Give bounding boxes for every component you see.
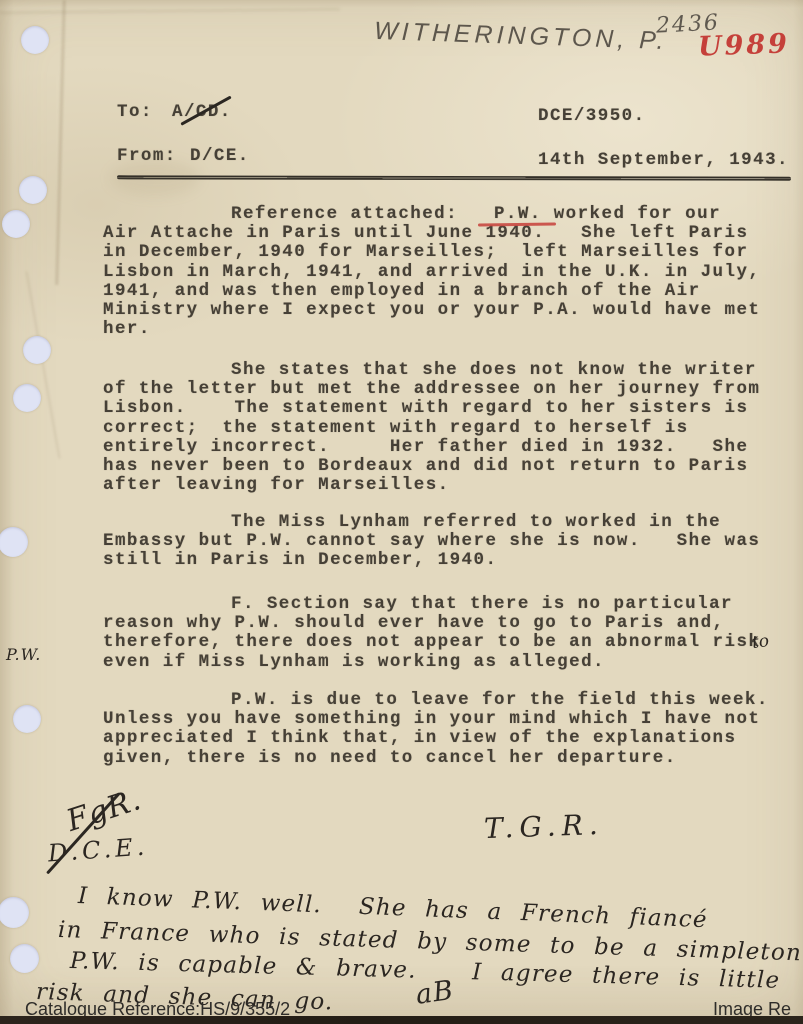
- punch-hole: [19, 176, 47, 204]
- punch-hole: [0, 527, 28, 557]
- paper-crease: [26, 271, 61, 458]
- punch-hole: [13, 705, 41, 733]
- from-label: From:: [117, 147, 177, 166]
- pencil-name-annotation: WITHERINGTON, P.: [374, 17, 668, 56]
- punch-hole: [23, 336, 51, 364]
- paper-crease: [0, 8, 340, 14]
- signature-initials: T.G.R.: [483, 808, 604, 845]
- handwritten-inserted-word: to: [751, 631, 771, 653]
- handwritten-note-initials: aB: [414, 975, 456, 1011]
- date: 14th September, 1943.: [538, 151, 789, 170]
- paragraph-1: Reference attached: P.W. worked for our …: [103, 205, 760, 339]
- punch-hole: [10, 944, 39, 973]
- punch-hole: [13, 384, 41, 412]
- header-rule: [117, 175, 791, 180]
- paper-crease: [55, 0, 65, 285]
- scan-edge-strip: [0, 1016, 803, 1024]
- struck-designation: D.C.E.: [47, 833, 149, 868]
- margin-note: P.W.: [6, 645, 41, 664]
- paragraph-4: F. Section say that there is no particul…: [103, 595, 760, 672]
- paragraph-5: P.W. is due to leave for the field this …: [103, 691, 769, 768]
- to-label: To:: [117, 103, 153, 122]
- from-value: D/CE.: [190, 147, 250, 166]
- punch-hole: [21, 26, 49, 54]
- punch-hole: [0, 897, 29, 928]
- paragraph-2: She states that she does not know the wr…: [103, 361, 760, 495]
- scanned-memo-page: WITHERINGTON, P. 2436 U989 To: A/CD. DCE…: [0, 0, 803, 1024]
- reference-number: DCE/3950.: [538, 107, 646, 126]
- punch-hole: [2, 210, 30, 238]
- paragraph-3: The Miss Lynham referred to worked in th…: [103, 513, 760, 571]
- red-ink-number-annotation: U989: [697, 28, 790, 62]
